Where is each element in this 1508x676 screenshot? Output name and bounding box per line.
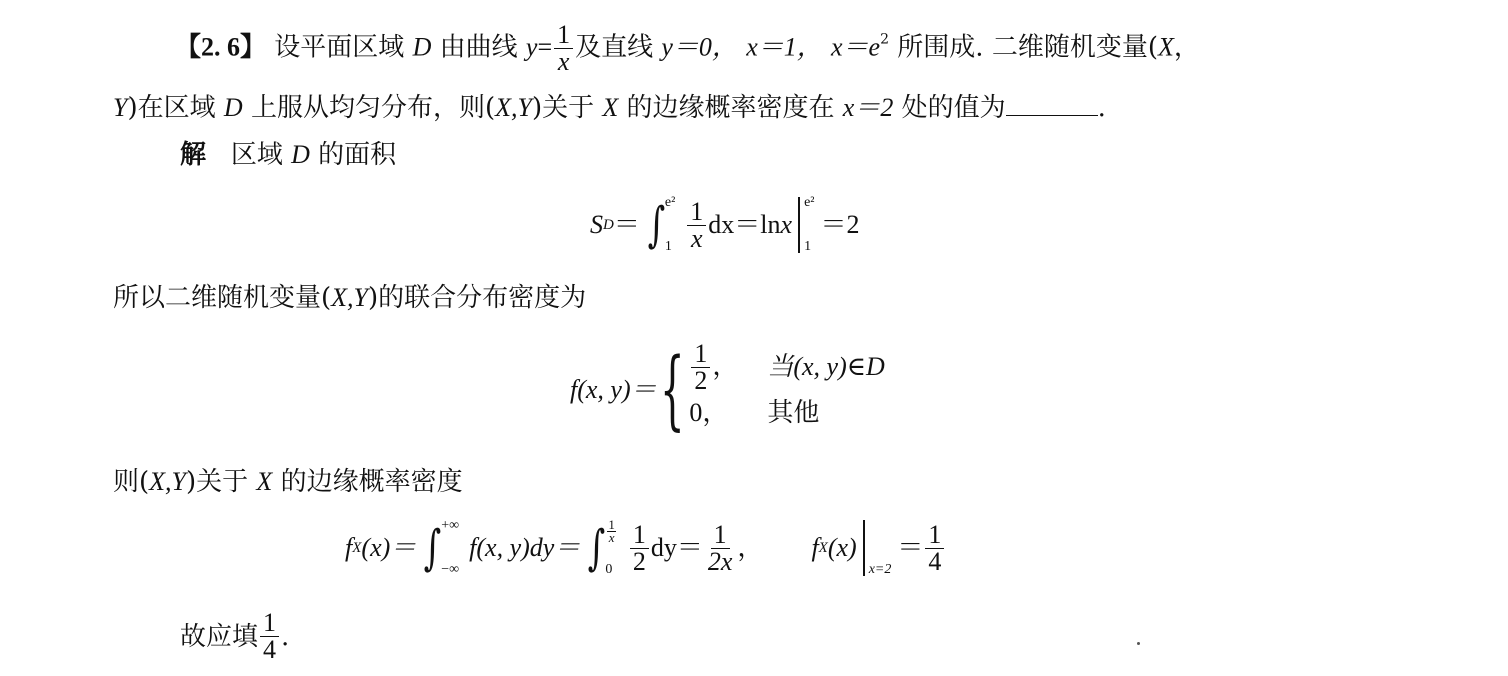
numerator: 1: [260, 610, 279, 637]
text: dx＝ln: [708, 210, 780, 240]
result: ＝2: [821, 210, 860, 240]
fraction-half: 12: [630, 522, 649, 575]
text: 处的值为: [902, 93, 1006, 123]
fraction-result: 12x: [705, 522, 736, 575]
arg: (x)＝: [361, 533, 416, 563]
denominator: 2x: [705, 549, 736, 575]
var-y: y: [526, 33, 538, 62]
equals: ＝: [614, 210, 640, 240]
text: 设平面区域: [274, 33, 404, 63]
var-f: f: [811, 533, 818, 563]
marginal-density-formula: fX(x)＝ ∫+∞−∞ f(x, y)dy＝ ∫1x0 12dy＝12x， f…: [345, 515, 946, 581]
subscript-D: D: [603, 210, 614, 240]
integral-icon: ∫: [648, 201, 666, 249]
lower-limit: −∞: [441, 563, 459, 577]
numerator: 1: [711, 522, 730, 549]
case-row-2: 0， 其他: [689, 390, 884, 436]
text: 则(: [113, 467, 149, 497]
condition-y0: y＝0，: [661, 33, 738, 62]
var-XY: X,Y: [495, 93, 532, 122]
var-D: D: [224, 93, 243, 122]
marginal-density-intro: 则(X,Y)关于 X 的边缘概率密度: [113, 467, 463, 497]
text: 所以二维随机变量(: [113, 283, 331, 313]
arg: (x): [828, 533, 857, 563]
left-brace-icon: {: [660, 347, 685, 433]
answer-line: 故应填14.: [180, 610, 289, 663]
integral-icon: ∫: [424, 524, 442, 572]
comma: ，: [737, 533, 763, 563]
var-X: X: [1158, 33, 1174, 62]
equals: ＝: [897, 533, 923, 563]
text: 由曲线: [440, 33, 518, 63]
denominator: 4: [260, 637, 279, 663]
text: 故应填: [180, 622, 258, 652]
problem-line-1: 【2. 6】 设平面区域 D 由曲线 y=1x及直线 y＝0， x＝1， x＝e…: [175, 22, 1200, 75]
comma: ，: [712, 351, 738, 381]
text: 上服从均匀分布，则(: [251, 93, 495, 123]
var-X: X: [256, 467, 272, 496]
equals: =: [537, 33, 552, 62]
numerator: 1: [925, 522, 944, 549]
subscript-X: X: [352, 533, 361, 563]
cases: 12， 当(x, y)∈D 0， 其他: [689, 344, 884, 436]
case-row-1: 12， 当(x, y)∈D: [689, 344, 884, 390]
denominator: x: [688, 226, 706, 252]
fraction-1-over-x: 1x: [554, 22, 573, 75]
joint-density-intro: 所以二维随机变量(X,Y)的联合分布密度为: [113, 283, 586, 313]
text: )的联合分布密度为: [368, 283, 586, 313]
lower-limit: 0: [605, 563, 618, 577]
condition-xe2: x＝e: [831, 33, 880, 62]
text: 所围成. 二维随机变量(: [897, 33, 1158, 63]
condition-x1: x＝1，: [746, 33, 823, 62]
area-formula: SD＝ ∫e²1 1xdx＝lnx e²1＝2: [590, 192, 860, 258]
lower-limit: 1: [804, 240, 814, 254]
denominator: x: [608, 532, 616, 544]
text: dy＝: [651, 533, 703, 563]
upper-limit-fraction: 1x: [607, 519, 616, 544]
stray-dot: [1137, 642, 1140, 645]
var-XY: X,Y: [149, 467, 186, 496]
answer-fraction: 14: [260, 610, 279, 663]
var-D: D: [291, 140, 310, 169]
denominator: 2: [630, 549, 649, 575]
period: .: [281, 622, 289, 652]
var-XY: X,Y: [331, 283, 368, 312]
var-S: S: [590, 210, 603, 240]
lower-limit: 1: [665, 240, 675, 254]
upper-limit: e²: [665, 196, 675, 210]
evaluation-bar: [798, 197, 800, 253]
text: 的边缘概率密度: [281, 467, 463, 497]
evaluation-bar: [863, 520, 865, 576]
numerator: 1: [630, 522, 649, 549]
f-xy-lhs: f(x, y)＝: [570, 375, 657, 405]
upper-limit: +∞: [441, 519, 459, 533]
text: )关于: [532, 93, 594, 123]
integrand: f(x, y)dy＝: [469, 533, 580, 563]
numerator: 1: [687, 199, 706, 226]
numerator: 1: [691, 341, 710, 368]
text: 的面积: [318, 140, 396, 170]
numerator: 1: [554, 22, 573, 49]
problem-number: 【2. 6】: [175, 33, 266, 62]
var-D: D: [413, 33, 432, 62]
integral: ∫+∞−∞: [420, 519, 467, 577]
eval-point: x=2: [869, 563, 892, 577]
var-x: x: [781, 210, 793, 240]
text: 的边缘概率密度在: [627, 93, 835, 123]
integral: ∫1x0: [584, 519, 626, 577]
integral-icon: ∫: [588, 524, 606, 572]
value: 0，: [689, 398, 759, 428]
period: .: [1098, 93, 1106, 123]
condition: 其他: [767, 398, 819, 428]
condition: 当(x, y)∈D: [767, 352, 884, 382]
problem-line-2: Y)在区域 D 上服从均匀分布，则(X,Y)关于 X 的边缘概率密度在 x＝2 …: [113, 93, 1106, 123]
integral: ∫e²1: [644, 196, 683, 254]
text: )关于: [186, 467, 248, 497]
joint-density-formula: f(x, y)＝ { 12， 当(x, y)∈D 0， 其他: [570, 335, 885, 445]
fraction: 1x: [687, 199, 706, 252]
exponent: 2: [880, 32, 889, 48]
answer-blank: [1006, 93, 1098, 116]
var-Y: Y: [113, 93, 127, 122]
denominator: x: [555, 49, 573, 75]
text: 区域: [231, 140, 283, 170]
var-X: X: [602, 93, 618, 122]
solution-label: 解: [180, 140, 206, 170]
x-equals-2: x＝2: [843, 93, 894, 122]
text: 及直线: [575, 33, 653, 63]
subscript-X: X: [819, 533, 828, 563]
denominator: 4: [925, 549, 944, 575]
text: )在区域: [127, 93, 215, 123]
fraction-quarter: 14: [925, 522, 944, 575]
upper-limit: e²: [804, 196, 814, 210]
solution-area-intro: 解 区域 D 的面积: [180, 140, 396, 170]
comma: ，: [1174, 33, 1200, 63]
fraction-half: 12: [691, 341, 710, 394]
